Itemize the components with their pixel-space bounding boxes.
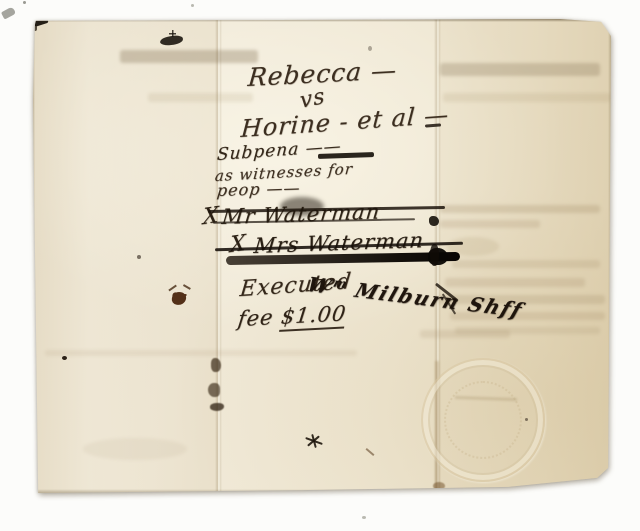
- defendant-name-handwriting: Horine - et al —: [240, 100, 450, 143]
- bleed-through-text: [420, 330, 510, 338]
- bleed-through-text: [452, 260, 600, 268]
- ink-cross-mark: [169, 30, 176, 37]
- fold-crease-left: [215, 19, 222, 493]
- bleed-through-text: [443, 93, 611, 102]
- fee-label: fee: [237, 305, 283, 331]
- ink-splatter: [183, 284, 191, 289]
- ink-splatter: [168, 285, 176, 291]
- witness-note-line2-handwriting: peop ——: [216, 178, 302, 200]
- embossed-seal-inner-ring: [444, 381, 522, 459]
- paper-edge-bottom: [33, 489, 611, 493]
- witness-x-mark: X: [203, 202, 220, 230]
- bleed-through-text: [83, 438, 187, 460]
- bleed-through-text: [440, 220, 540, 228]
- pen-mark: [366, 448, 375, 456]
- paper-edge-right: [608, 19, 611, 493]
- paper-wrapper: Rebecca — vs Horine - et al — Subpena ——…: [0, 0, 640, 531]
- ink-speck: [368, 46, 372, 51]
- witness-x-mark: X: [230, 230, 247, 258]
- scanned-document-view: Rebecca — vs Horine - et al — Subpena ——…: [0, 0, 640, 531]
- bleed-through-text: [445, 278, 585, 287]
- ink-dash: [318, 152, 374, 159]
- ink-speck: [62, 356, 67, 360]
- ink-asterisk-mark: [305, 433, 323, 449]
- ink-mark: [32, 17, 48, 27]
- left-fold-panel: [33, 19, 218, 493]
- bleed-through-text: [440, 205, 600, 213]
- ink-blob: [430, 244, 439, 266]
- bleed-through-text: [120, 50, 258, 63]
- paper-edge-top: [33, 19, 611, 22]
- paper-edge-left: [33, 19, 35, 493]
- ink-blot-brown: [171, 291, 187, 306]
- crease-ink-mark: [208, 383, 220, 397]
- bleed-through-text: [148, 93, 253, 102]
- bleed-through-text: [45, 350, 357, 356]
- ink-speck: [137, 255, 141, 259]
- crease-ink-mark: [211, 358, 221, 372]
- ink-speck: [525, 418, 528, 421]
- fee-handwriting: fee $1.00: [237, 301, 348, 331]
- bleed-through-text: [440, 63, 600, 76]
- ink-blob: [429, 216, 439, 226]
- ink-smudge: [280, 197, 324, 216]
- crease-ink-mark: [433, 482, 445, 490]
- fee-amount: $1.00: [279, 301, 347, 332]
- document-paper: Rebecca — vs Horine - et al — Subpena ——…: [33, 19, 611, 493]
